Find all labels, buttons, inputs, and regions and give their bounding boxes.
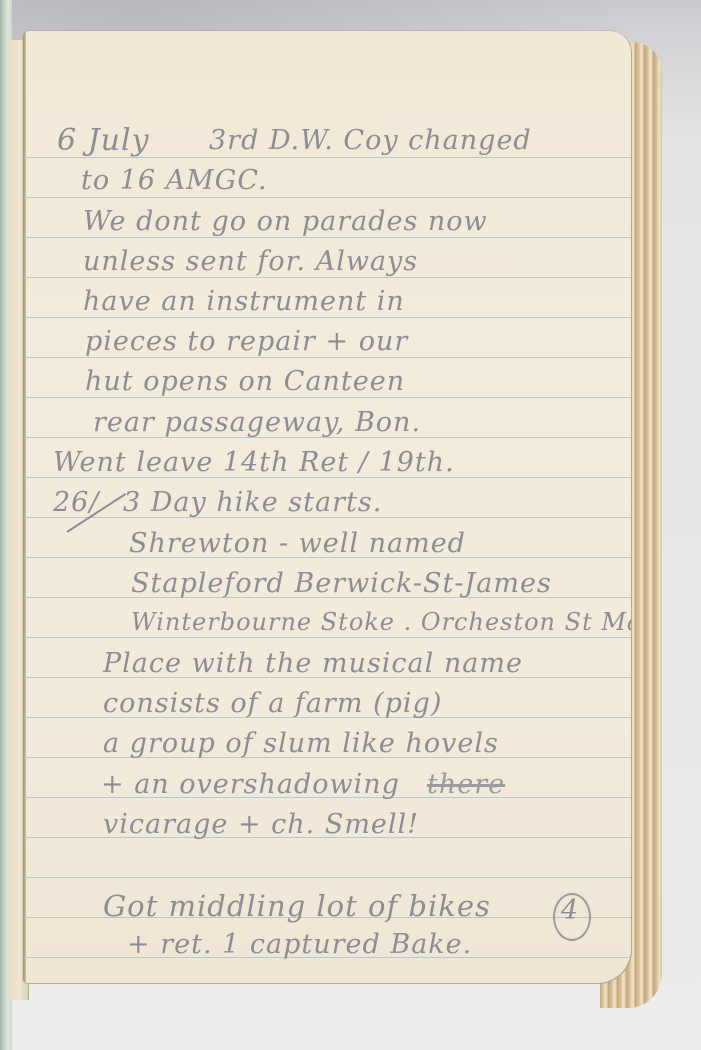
handwritten-line: rear passageway, Bon. — [93, 407, 421, 438]
handwritten-line: Went leave 14th Ret / 19th. — [53, 447, 455, 478]
handwritten-line: We dont go on parades now — [83, 206, 488, 237]
ruled-line — [23, 237, 631, 238]
ruled-line — [23, 637, 631, 638]
diary-page: 6 July 3rd D.W. Coy changed to 16 AMGC. … — [23, 31, 631, 983]
ruled-line — [23, 197, 631, 198]
handwritten-line: Shrewton - well named — [129, 528, 466, 559]
handwritten-line: Stapleford Berwick-St-James — [131, 568, 552, 599]
handwritten-line: a group of slum like hovels — [103, 728, 499, 759]
handwritten-line: unless sent for. Always — [83, 246, 418, 277]
ruled-line — [23, 317, 631, 318]
ruled-line — [23, 397, 631, 398]
handwritten-line: vicarage + ch. Smell! — [103, 809, 419, 840]
handwritten-line: have an instrument in — [83, 286, 405, 317]
ruled-line — [23, 877, 631, 878]
handwritten-line: 3rd D.W. Coy changed — [209, 125, 532, 156]
handwritten-line: Winterbourne Stoke . Orcheston St Marys. — [131, 608, 631, 636]
entry-date-6-july: 6 July — [57, 123, 150, 158]
struck-through-word: there — [427, 769, 505, 800]
handwritten-line: Place with the musical name — [103, 648, 523, 679]
handwritten-line: hut opens on Canteen — [85, 366, 405, 397]
handwritten-line: pieces to repair + our — [85, 326, 408, 357]
page-gutter — [23, 31, 26, 983]
ruled-line — [23, 357, 631, 358]
ruled-line — [23, 277, 631, 278]
handwritten-line: + an overshadowing — [101, 769, 400, 800]
circled-count-value: 4 — [561, 895, 579, 926]
handwritten-line: 3 Day hike starts. — [123, 487, 382, 518]
handwritten-line: to 16 AMGC. — [81, 165, 268, 196]
handwritten-line: + ret. 1 captured Bake. — [127, 929, 472, 960]
handwritten-line: Got middling lot of bikes — [103, 889, 491, 923]
handwritten-line: consists of a farm (pig) — [103, 688, 442, 719]
